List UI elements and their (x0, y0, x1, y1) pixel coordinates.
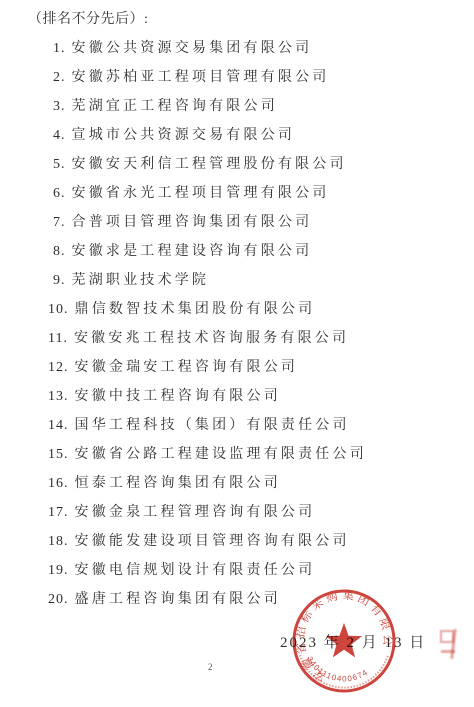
item-number: 17. (48, 505, 69, 520)
company-name: 恒泰工程咨询集团有限公司 (75, 476, 281, 491)
company-name: 宣城市公共资源交易有限公司 (72, 128, 296, 143)
item-number: 18. (48, 534, 69, 549)
company-name: 安徽公共资源交易集团有限公司 (72, 41, 313, 56)
company-name: 芜湖职业技术学院 (72, 273, 210, 288)
list-item: 3.芜湖宜正工程咨询有限公司 (28, 92, 466, 121)
document-body: （排名不分先后）: 1.安徽公共资源交易集团有限公司2.安徽苏柏亚工程项目管理有… (28, 5, 466, 614)
company-name: 安徽金泉工程管理咨询有限公司 (75, 505, 316, 520)
official-seal: 安徽省招标采购集团有限公司 3401110400674 (282, 577, 406, 701)
list-item: 16.恒泰工程咨询集团有限公司 (28, 469, 466, 498)
company-name: 合普项目管理咨询集团有限公司 (72, 215, 313, 230)
company-name: 安徽安兆工程技术咨询服务有限公司 (74, 331, 349, 346)
company-name: 鼎信数智技术集团股份有限公司 (75, 302, 316, 317)
item-number: 7. (53, 215, 66, 230)
item-number: 6. (53, 186, 66, 201)
list-item: 4.宣城市公共资源交易有限公司 (28, 121, 466, 150)
item-number: 8. (53, 244, 66, 259)
item-number: 15. (48, 447, 69, 462)
list-item: 11.安徽安兆工程技术咨询服务有限公司 (28, 324, 466, 353)
item-number: 3. (53, 99, 66, 114)
company-name: 安徽中技工程咨询有限公司 (75, 389, 281, 404)
list-item: 6.安徽省永光工程项目管理有限公司 (28, 179, 466, 208)
item-number: 20. (48, 592, 69, 607)
item-number: 13. (48, 389, 69, 404)
company-name: 安徽能发建设项目管理咨询有限公司 (75, 534, 350, 549)
item-number: 11. (48, 331, 68, 346)
company-name: 安徽省永光工程项目管理有限公司 (72, 186, 330, 201)
item-number: 2. (53, 70, 66, 85)
list-item: 18.安徽能发建设项目管理咨询有限公司 (28, 527, 466, 556)
seal-star-icon (326, 623, 362, 657)
company-name: 安徽求是工程建设咨询有限公司 (72, 244, 313, 259)
stamp-fragment-box (440, 630, 454, 643)
item-number: 9. (53, 273, 66, 288)
seal-registration-number: 3401110400674 (305, 655, 370, 684)
list-item: 12.安徽金瑞安工程咨询有限公司 (28, 353, 466, 382)
item-number: 19. (48, 563, 69, 578)
stamp-fragment-bar (441, 650, 455, 653)
page-number: 2 (208, 662, 213, 672)
list-item: 14.国华工程科技（集团）有限责任公司 (28, 411, 466, 440)
item-number: 12. (48, 360, 69, 375)
company-name: 安徽苏柏亚工程项目管理有限公司 (72, 70, 330, 85)
company-name: 安徽安天利信工程管理股份有限公司 (72, 157, 347, 172)
company-name: 安徽金瑞安工程咨询有限公司 (75, 360, 299, 375)
list-item: 5.安徽安天利信工程管理股份有限公司 (28, 150, 466, 179)
item-number: 10. (48, 302, 69, 317)
company-name: 芜湖宜正工程咨询有限公司 (72, 99, 278, 114)
list-item: 1.安徽公共资源交易集团有限公司 (28, 34, 466, 63)
company-name: 安徽电信规划设计有限责任公司 (75, 563, 316, 578)
item-number: 16. (48, 476, 69, 491)
item-number: 5. (53, 157, 66, 172)
document-page: （排名不分先后）: 1.安徽公共资源交易集团有限公司2.安徽苏柏亚工程项目管理有… (0, 0, 474, 707)
list-item: 2.安徽苏柏亚工程项目管理有限公司 (28, 63, 466, 92)
list-item: 9.芜湖职业技术学院 (28, 266, 466, 295)
item-number: 4. (53, 128, 66, 143)
item-number: 1. (53, 41, 66, 56)
item-number: 14. (48, 418, 69, 433)
company-name: 国华工程科技（集团）有限责任公司 (75, 418, 350, 433)
list-item: 10.鼎信数智技术集团股份有限公司 (28, 295, 466, 324)
seal-number-container: 3401110400674 (305, 655, 370, 684)
company-name: 安徽省公路工程建设监理有限责任公司 (75, 447, 367, 462)
company-list: 1.安徽公共资源交易集团有限公司2.安徽苏柏亚工程项目管理有限公司3.芜湖宜正工… (28, 34, 466, 614)
company-name: 盛唐工程咨询集团有限公司 (75, 592, 281, 607)
list-item: 17.安徽金泉工程管理咨询有限公司 (28, 498, 466, 527)
list-item: 7.合普项目管理咨询集团有限公司 (28, 208, 466, 237)
ranking-note: （排名不分先后）: (28, 5, 466, 34)
list-item: 15.安徽省公路工程建设监理有限责任公司 (28, 440, 466, 469)
list-item: 8.安徽求是工程建设咨询有限公司 (28, 237, 466, 266)
list-item: 13.安徽中技工程咨询有限公司 (28, 382, 466, 411)
